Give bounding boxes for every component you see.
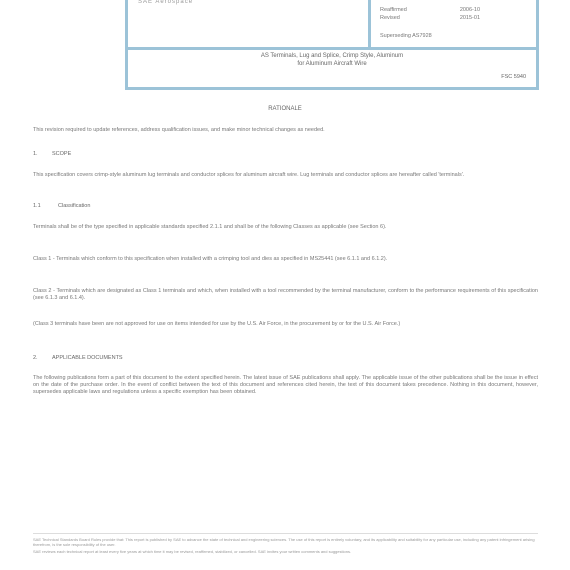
section-1-number: 1. <box>33 151 38 157</box>
header-title-cell: AS Terminals, Lug and Splice, Crimp Styl… <box>128 50 536 87</box>
revised-label: Revised <box>380 15 400 21</box>
fsc-code: FSC 5940 <box>501 74 526 80</box>
superseding-note: Superseding AS7928 <box>380 33 432 39</box>
reaffirmed-row: Reaffirmed 2006-10 <box>380 7 480 13</box>
document-title-line1: AS Terminals, Lug and Splice, Crimp Styl… <box>128 53 536 59</box>
section-1-1-number: 1.1 <box>33 203 41 209</box>
reaffirmed-label: Reaffirmed <box>380 7 407 13</box>
section-1-1-paragraph-3: Class 2 - Terminals which are designated… <box>33 288 538 302</box>
section-1-1-paragraph-1: Terminals shall be of the type specified… <box>33 224 538 231</box>
footer-line-2: SAE reviews each technical report at lea… <box>33 549 538 554</box>
footer-line-1: SAE Technical Standards Board Rules prov… <box>33 537 538 547</box>
section-2-title: APPLICABLE DOCUMENTS <box>52 355 123 361</box>
document-title-line2: for Aluminum Aircraft Wire <box>128 61 536 67</box>
section-1-title: SCOPE <box>52 151 71 157</box>
header-org-cell: SAE Aerospace <box>128 0 371 47</box>
section-1-paragraph: This specification covers crimp-style al… <box>33 172 538 179</box>
organization-name: SAE Aerospace <box>138 0 193 5</box>
header-dates-cell: Reaffirmed 2006-10 Revised 2015-01 Super… <box>372 0 536 47</box>
section-1-1-paragraph-2: Class 1 - Terminals which conform to thi… <box>33 256 538 263</box>
section-2-number: 2. <box>33 355 38 361</box>
section-1-1-paragraph-4: (Class 3 terminals have been are not app… <box>33 321 538 328</box>
section-1-1-title: Classification <box>58 203 90 209</box>
section-2-paragraph: The following publications form a part o… <box>33 375 538 396</box>
revised-row: Revised 2015-01 <box>380 15 480 21</box>
footer-notice: SAE Technical Standards Board Rules prov… <box>33 533 538 554</box>
rationale-text: This revision required to update referen… <box>33 127 538 134</box>
reaffirmed-date: 2006-10 <box>460 7 480 13</box>
header-top-row: SAE Aerospace Reaffirmed 2006-10 Revised… <box>128 0 536 50</box>
rationale-heading: RATIONALE <box>0 106 570 112</box>
revised-date: 2015-01 <box>460 15 480 21</box>
document-header-box: SAE Aerospace Reaffirmed 2006-10 Revised… <box>125 0 539 90</box>
